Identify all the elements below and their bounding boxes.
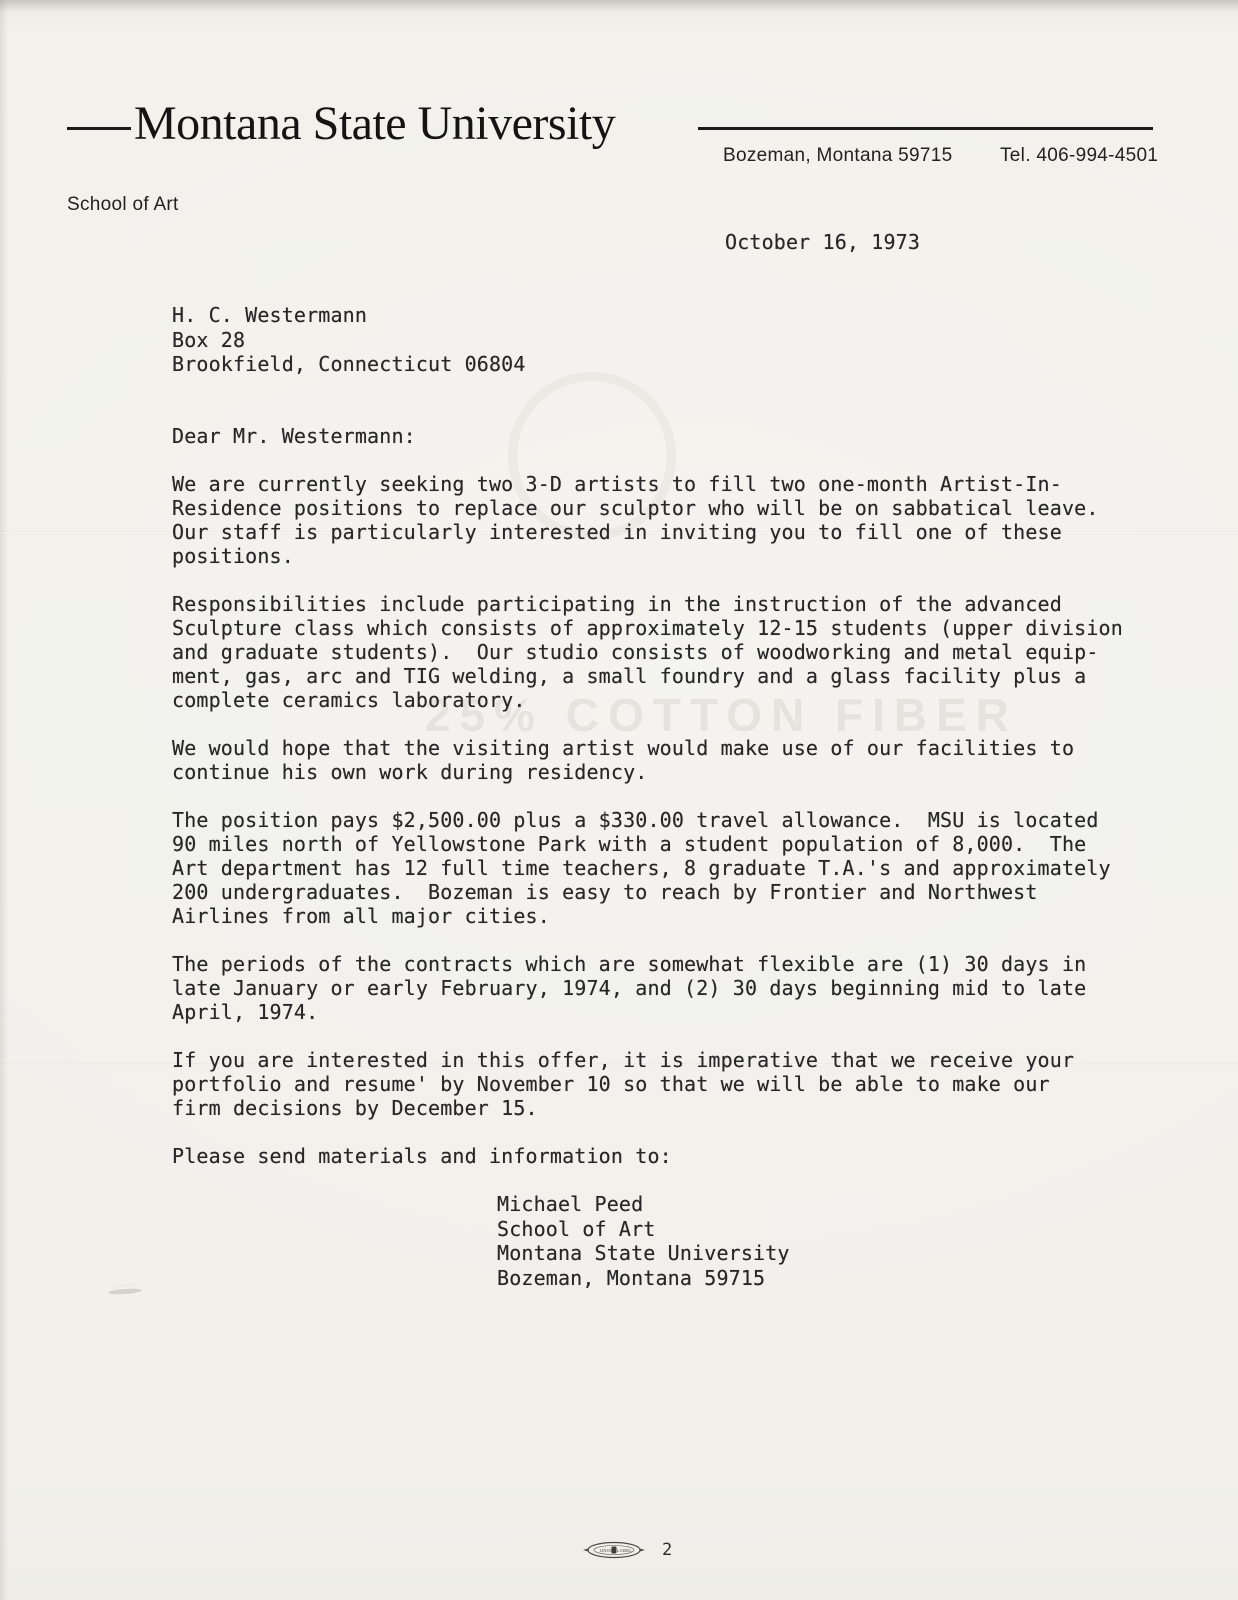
send-to-line: Please send materials and information to… (172, 1144, 1162, 1168)
letter-body: We are currently seeking two 3-D artists… (172, 472, 1162, 1290)
letter-date: October 16, 1973 (725, 230, 920, 254)
paragraph-2: Responsibilities include participating i… (172, 592, 1162, 712)
letterhead-rule-right (698, 127, 1153, 130)
page-footer: UNION LABEL 2 (580, 1538, 672, 1562)
letterhead-phone: Tel. 406-994-4501 (1000, 145, 1158, 167)
page-number: 2 (662, 1540, 672, 1560)
letterhead-rule-left (67, 127, 131, 130)
letterhead-department: School of Art (67, 194, 179, 216)
salutation: Dear Mr. Westermann: (172, 424, 416, 448)
paragraph-1: We are currently seeking two 3-D artists… (172, 472, 1162, 568)
smudge-mark (108, 1288, 142, 1295)
paragraph-3: We would hope that the visiting artist w… (172, 736, 1162, 784)
svg-text:UNION LABEL: UNION LABEL (600, 1548, 632, 1553)
paragraph-6: If you are interested in this offer, it … (172, 1048, 1162, 1120)
paragraph-4: The position pays $2,500.00 plus a $330.… (172, 808, 1162, 928)
union-label-icon: UNION LABEL (580, 1538, 648, 1562)
letterhead-address: Bozeman, Montana 59715 (723, 145, 952, 167)
recipient-address: H. C. Westermann Box 28 Brookfield, Conn… (172, 303, 526, 377)
scan-edge-left (0, 0, 8, 1600)
scan-edge-top (0, 0, 1238, 12)
paragraph-5: The periods of the contracts which are s… (172, 952, 1162, 1024)
contact-address-block: Michael Peed School of Art Montana State… (497, 1192, 1162, 1290)
university-name: Montana State University (134, 96, 615, 151)
letter-page: 25% COTTON FIBER Montana State Universit… (0, 0, 1238, 1600)
